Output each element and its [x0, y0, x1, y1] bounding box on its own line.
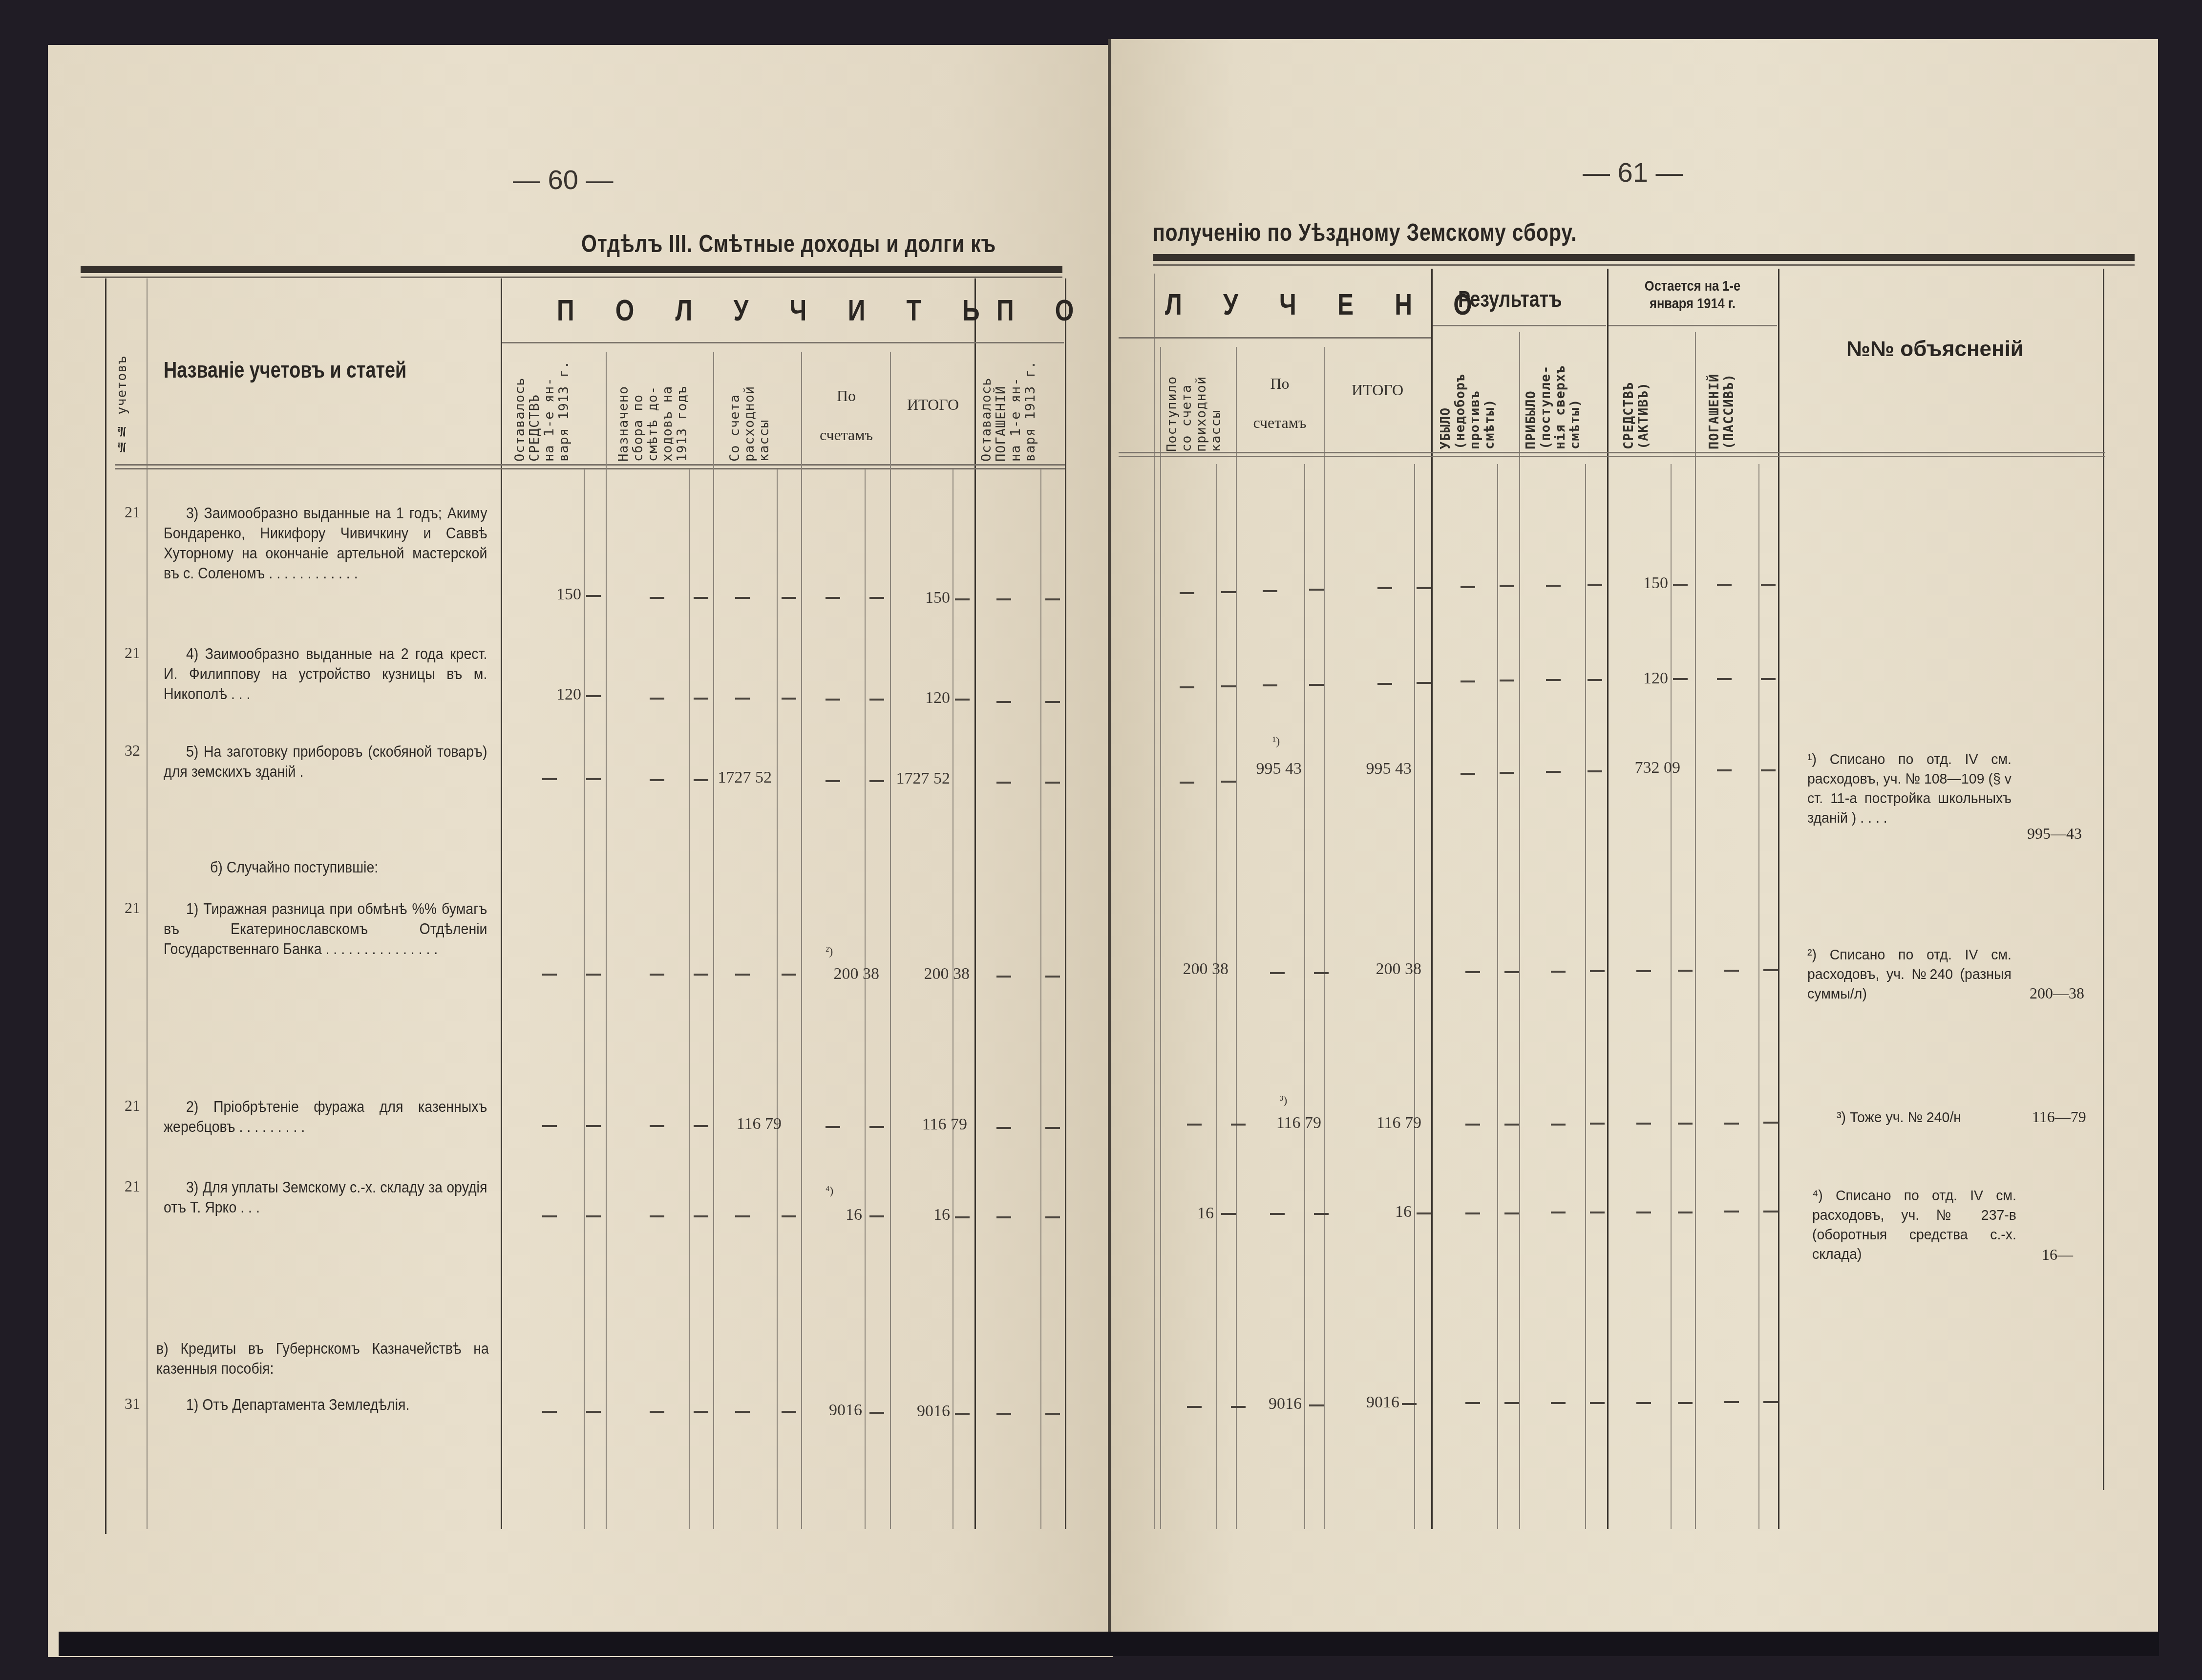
- dash: [650, 1411, 664, 1413]
- dash: [1590, 1212, 1605, 1213]
- row-4-footnote-ref: ²): [826, 945, 833, 958]
- dash: [650, 779, 664, 781]
- explanation-4-text: ⁴) Списано по отд. IV см. расходовъ, уч.…: [1812, 1186, 2016, 1264]
- dash: [1678, 1123, 1693, 1125]
- header-item-name: Названіе учетовъ и статей: [164, 357, 406, 383]
- dash: [1461, 681, 1475, 682]
- dash: [650, 698, 664, 700]
- dash: [1263, 684, 1277, 686]
- dash: [1187, 1406, 1202, 1408]
- dash: [1221, 1213, 1236, 1215]
- dash: [1678, 1212, 1693, 1213]
- dash: [1045, 782, 1060, 784]
- row-2-account: 21: [125, 644, 140, 662]
- table-top-rule-right: [1153, 254, 2135, 261]
- row-6-text: 3) Для уплаты Земскому с.-х. складу за о…: [164, 1177, 487, 1217]
- dash: [996, 1413, 1011, 1415]
- dash: [694, 597, 708, 599]
- dash: [1636, 1212, 1651, 1213]
- explanation-1-sum: 995—43: [2027, 825, 2082, 843]
- dash: [1045, 1216, 1060, 1218]
- header-bottom-rule: [1119, 456, 2105, 457]
- header-loss: УБЫЛО (недоборъ противъ смѣты): [1439, 337, 1497, 449]
- dash: [650, 1125, 664, 1127]
- dash: [996, 701, 1011, 703]
- dash: [826, 699, 840, 701]
- dash: [1500, 585, 1514, 587]
- dash: [1717, 584, 1732, 586]
- table-top-thin-rule-right: [1153, 264, 2135, 266]
- kop-divider: [1758, 464, 1759, 1529]
- row-5-recv-total: 116 79: [1338, 1114, 1421, 1132]
- dash: [782, 698, 796, 700]
- row-3-account: 32: [125, 742, 140, 760]
- row-7-text: 1) Отъ Департамента Земледѣлія.: [164, 1395, 487, 1415]
- dash: [1180, 592, 1194, 594]
- col-divider: [713, 352, 714, 1529]
- section-b-heading: б) Случайно поступившіе:: [210, 857, 502, 877]
- dash: [1504, 1402, 1519, 1404]
- dash: [1678, 970, 1693, 972]
- header-group-received-right: Л У Ч Е Н О: [1165, 287, 1489, 322]
- dash: [1377, 587, 1392, 589]
- dash: [1417, 1212, 1431, 1214]
- col-divider: [1695, 332, 1696, 1529]
- dash: [1588, 584, 1602, 586]
- dash: [869, 699, 884, 701]
- col-divider: [1154, 274, 1155, 1529]
- dash: [869, 1412, 884, 1414]
- row-7-account: 31: [125, 1395, 140, 1413]
- header-bottom-rule: [1119, 452, 2105, 453]
- dash: [1465, 971, 1480, 973]
- dash: [1590, 970, 1605, 972]
- header-remain-funds: Оставалось СРЕДСТВЪ на 1-е ян- варя 1913…: [513, 352, 572, 462]
- header-explanations: №№ объясненій: [1846, 337, 2024, 362]
- row-4-by-accounts: 200 38: [811, 965, 879, 983]
- dash: [1588, 770, 1602, 772]
- header-group-receive: П О Л У Ч И Т Ь: [557, 293, 997, 328]
- dash: [869, 780, 884, 782]
- header-assigned: Назначено сбора по смѣтѣ до- ходовъ на 1…: [616, 352, 690, 462]
- dash: [586, 974, 601, 976]
- dash: [1588, 679, 1602, 681]
- header-recv-total: ИТОГО: [1326, 381, 1429, 399]
- dash: [869, 597, 884, 599]
- dash: [1314, 1213, 1329, 1215]
- kop-divider: [1414, 464, 1415, 1529]
- explanation-4-sum: 16—: [2042, 1246, 2073, 1264]
- dash: [1504, 971, 1519, 973]
- dash: [869, 1215, 884, 1217]
- dash: [1180, 686, 1194, 688]
- dash: [694, 974, 708, 976]
- dash: [1309, 1404, 1324, 1406]
- header-account-no: №№ учетовъ: [115, 337, 129, 454]
- dash: [1500, 772, 1514, 774]
- col-divider: [801, 352, 802, 1529]
- row-6-account: 21: [125, 1177, 140, 1195]
- dash: [782, 974, 796, 976]
- kop-divider: [1216, 464, 1217, 1529]
- dash: [1417, 682, 1431, 684]
- dash: [1504, 1212, 1519, 1214]
- dash: [694, 1125, 708, 1127]
- dash: [694, 1411, 708, 1413]
- dash: [1636, 1402, 1651, 1404]
- page-bottom-edge: [59, 1632, 2159, 1656]
- dash: [1045, 976, 1060, 978]
- row-3-rem-funds: 732 09: [1612, 759, 1680, 777]
- dash: [1045, 1127, 1060, 1129]
- row-3-footnote-ref: ¹): [1272, 735, 1280, 748]
- dash: [586, 1125, 601, 1127]
- header-rem-funds: СРЕДСТВЪ (АКТИВЪ): [1622, 337, 1651, 449]
- kop-divider: [1040, 469, 1041, 1529]
- dash: [1763, 969, 1778, 971]
- row-4-text: 1) Тиражная разница при обмѣнѣ %% бумагъ…: [164, 899, 487, 959]
- page-number-right: — 61 —: [1583, 156, 1683, 188]
- row-4-total: 200 38: [891, 965, 970, 983]
- dash: [586, 1215, 601, 1217]
- header-recv-by-accounts: По счетамъ: [1238, 364, 1321, 442]
- dash: [1221, 591, 1236, 593]
- dash: [955, 1216, 970, 1218]
- row-5-footnote-ref: ³): [1280, 1094, 1287, 1107]
- col-divider: [890, 352, 891, 1529]
- dash: [1045, 598, 1060, 600]
- dash: [586, 778, 601, 780]
- dash: [1465, 1212, 1480, 1214]
- dash: [1417, 587, 1431, 589]
- dash: [996, 976, 1011, 978]
- dash: [996, 598, 1011, 600]
- dash: [1590, 1402, 1605, 1404]
- header-subrule: [1433, 325, 1606, 326]
- dash: [735, 698, 750, 700]
- col-divider: [147, 278, 148, 1529]
- dash: [735, 974, 750, 976]
- header-group-remains: Остается на 1-е января 1914 г.: [1624, 277, 1761, 313]
- section-v-heading: в) Кредиты въ Губернскомъ Казначействѣ н…: [156, 1339, 489, 1379]
- dash: [1270, 972, 1285, 974]
- header-subrule: [976, 342, 1064, 343]
- col-divider: [606, 352, 607, 1529]
- dash: [1636, 1123, 1651, 1125]
- row-7-by-accounts: 9016: [806, 1401, 862, 1420]
- dash: [1636, 970, 1651, 972]
- row-6-total: 16: [909, 1206, 950, 1224]
- header-subrule: [1119, 337, 1431, 339]
- row-3-recv-accounts: 995 43: [1238, 760, 1302, 778]
- dash: [1377, 683, 1392, 685]
- dash: [1551, 1124, 1566, 1126]
- dash: [1231, 1124, 1246, 1126]
- row-3-recv-total: 995 43: [1338, 760, 1412, 778]
- dash: [694, 779, 708, 781]
- row-4-account: 21: [125, 899, 140, 917]
- dash: [1309, 589, 1324, 591]
- kop-divider: [865, 469, 866, 1529]
- col-divider: [1236, 347, 1237, 1529]
- dash: [1504, 1124, 1519, 1126]
- row-5-text: 2) Пріобрѣтеніе фуража для казенныхъ жер…: [164, 1097, 487, 1137]
- kop-divider: [1497, 464, 1498, 1529]
- dash: [996, 1127, 1011, 1129]
- dash: [542, 974, 557, 976]
- row-2-text: 4) Заимообразно выданные на 2 года крест…: [164, 644, 487, 704]
- dash: [1465, 1124, 1480, 1126]
- dash: [1263, 590, 1277, 592]
- row-2-total: 120: [899, 689, 950, 707]
- dash: [869, 1126, 884, 1128]
- dash: [1724, 970, 1739, 972]
- dash: [1402, 1403, 1417, 1405]
- dash: [1673, 584, 1688, 586]
- explanation-1-text: ¹) Списано по отд. IV см. расходовъ, уч.…: [1807, 750, 2011, 828]
- row-2-remain-funds: 120: [528, 685, 581, 704]
- dash: [1546, 771, 1561, 773]
- kop-divider: [1585, 464, 1586, 1529]
- row-3-from-expense: 1727 52: [716, 768, 772, 787]
- row-1-total: 150: [899, 589, 950, 607]
- dash: [542, 1125, 557, 1127]
- dash: [1461, 773, 1475, 775]
- header-remain-repay: Оставалось ПОГАШЕНІЙ на 1-е ян- варя 191…: [979, 352, 1038, 462]
- kop-divider: [689, 469, 690, 1529]
- row-5-recv-accounts: 116 79: [1253, 1114, 1321, 1132]
- dash: [996, 782, 1011, 784]
- dash: [735, 1215, 750, 1217]
- dash: [1724, 1123, 1739, 1125]
- row-7-recv-accounts: 9016: [1250, 1395, 1302, 1413]
- dash: [1045, 701, 1060, 703]
- section-title-right: полученію по Уѣздному Земскому сбору.: [1153, 218, 1577, 247]
- col-divider: [1324, 347, 1325, 1529]
- dash: [1761, 769, 1776, 771]
- col-divider: [1607, 269, 1609, 1529]
- dash: [650, 597, 664, 599]
- row-3-total: 1727 52: [891, 769, 950, 788]
- kop-divider: [1671, 464, 1672, 1529]
- row-1-account: 21: [125, 503, 140, 521]
- dash: [1309, 684, 1324, 686]
- row-6-recv-income: 16: [1177, 1204, 1214, 1223]
- dash: [586, 695, 601, 697]
- row-7-recv-total: 9016: [1348, 1393, 1399, 1412]
- row-3-text: 5) На заготовку приборовъ (скобяной това…: [164, 742, 487, 782]
- page-number-left: — 60 —: [513, 164, 613, 195]
- dash: [782, 1411, 796, 1413]
- row-5-total: 116 79: [899, 1115, 967, 1134]
- dash: [1551, 1212, 1566, 1213]
- row-1-rem-funds: 150: [1612, 574, 1668, 593]
- row-1-text: 3) Заимообразно выданные на 1 годъ; Аким…: [164, 503, 487, 583]
- row-1-remain-funds: 150: [528, 585, 581, 604]
- dash: [1314, 972, 1329, 974]
- header-bottom-rule: [115, 464, 1065, 466]
- dash: [1465, 1402, 1480, 1404]
- row-4-recv-income: 200 38: [1163, 960, 1228, 978]
- col-divider: [974, 278, 976, 1529]
- dash: [542, 778, 557, 780]
- dash: [1724, 1401, 1739, 1403]
- header-gain: ПРИБЫЛО (поступле- нія сверхъ смѣты): [1524, 337, 1583, 449]
- dash: [694, 698, 708, 700]
- kop-divider: [777, 469, 778, 1529]
- dash: [694, 1215, 708, 1217]
- dash: [826, 780, 840, 782]
- col-divider: [1160, 347, 1161, 1529]
- dash: [586, 595, 601, 597]
- dash: [1546, 585, 1561, 587]
- dash: [1590, 1123, 1605, 1125]
- kop-divider: [1304, 464, 1305, 1529]
- explanation-2-text: ²) Списано по отд. IV см. расходовъ, уч.…: [1807, 945, 2011, 1004]
- dash: [1551, 971, 1566, 973]
- dash: [955, 1413, 970, 1415]
- dash: [1761, 584, 1776, 586]
- row-7-total: 9016: [894, 1402, 950, 1421]
- dash: [1724, 1211, 1739, 1212]
- left-table-border: [105, 278, 106, 1534]
- dash: [1546, 679, 1561, 681]
- dash: [542, 1411, 557, 1413]
- dash: [586, 1411, 601, 1413]
- dash: [782, 597, 796, 599]
- kop-divider: [584, 469, 585, 1529]
- header-bottom-rule: [115, 468, 1065, 469]
- row-6-by-accounts: 16: [821, 1206, 862, 1224]
- dash: [542, 1215, 557, 1217]
- dash: [1763, 1122, 1778, 1124]
- dash: [735, 597, 750, 599]
- dash: [1231, 1406, 1246, 1408]
- dash: [650, 1215, 664, 1217]
- header-rem-repay: ПОГАШЕНІЙ (ПАССИВЪ): [1707, 337, 1736, 449]
- header-group-result: Результатъ: [1458, 286, 1562, 312]
- dash: [826, 1126, 840, 1128]
- dash: [1187, 1124, 1202, 1126]
- kop-divider: [953, 469, 953, 1529]
- dash: [1180, 782, 1194, 784]
- row-4-recv-total: 200 38: [1338, 960, 1421, 978]
- dash: [1270, 1213, 1285, 1215]
- dash: [1461, 586, 1475, 588]
- table-top-thin-rule-left: [81, 276, 1062, 278]
- explanation-3-text: ³) Тоже уч. № 240/н: [1837, 1108, 2018, 1127]
- dash: [955, 598, 970, 600]
- dash: [1717, 678, 1732, 680]
- dash: [1761, 678, 1776, 680]
- row-5-from-expense: 116 79: [723, 1115, 782, 1133]
- col-divider: [1431, 269, 1433, 1529]
- row-6-footnote-ref: ⁴): [826, 1185, 833, 1198]
- dash: [1717, 769, 1732, 771]
- header-by-accounts: По счетамъ: [804, 376, 889, 454]
- header-group-received-left: П О: [996, 293, 1091, 328]
- dash: [1763, 1401, 1778, 1403]
- row-2-rem-funds: 120: [1612, 669, 1668, 688]
- dash: [826, 597, 840, 599]
- left-table-right-border: [1065, 278, 1066, 1529]
- dash: [1551, 1402, 1566, 1404]
- dash: [1678, 1402, 1693, 1404]
- table-top-rule-left: [81, 266, 1062, 273]
- dash: [650, 974, 664, 976]
- header-subrule: [1609, 325, 1777, 326]
- header-from-expense: Со счета расходной кассы: [728, 352, 772, 462]
- book-spine: [1108, 39, 1111, 1656]
- section-title-left: Отдѣлъ III. Смѣтные доходы и долги къ: [581, 230, 996, 258]
- explanation-3-sum: 116—79: [2032, 1108, 2086, 1126]
- dash: [1763, 1211, 1778, 1212]
- col-divider: [1519, 332, 1520, 1529]
- dash: [996, 1216, 1011, 1218]
- dash: [782, 1215, 796, 1217]
- col-divider: [1778, 269, 1779, 1529]
- dash: [1045, 1413, 1060, 1415]
- header-subrule: [502, 342, 976, 343]
- header-total: ИТОГО: [891, 396, 974, 414]
- dash: [1673, 678, 1688, 680]
- dash: [735, 1411, 750, 1413]
- header-from-income: Поступило со счета приходной кассы: [1165, 347, 1224, 452]
- col-divider: [501, 278, 502, 1529]
- dash: [955, 699, 970, 701]
- dash: [1221, 781, 1236, 783]
- dash: [1221, 685, 1236, 687]
- explanation-2-sum: 200—38: [2030, 984, 2084, 1002]
- row-6-recv-total: 16: [1373, 1203, 1412, 1221]
- row-5-account: 21: [125, 1097, 140, 1115]
- dash: [1500, 680, 1514, 681]
